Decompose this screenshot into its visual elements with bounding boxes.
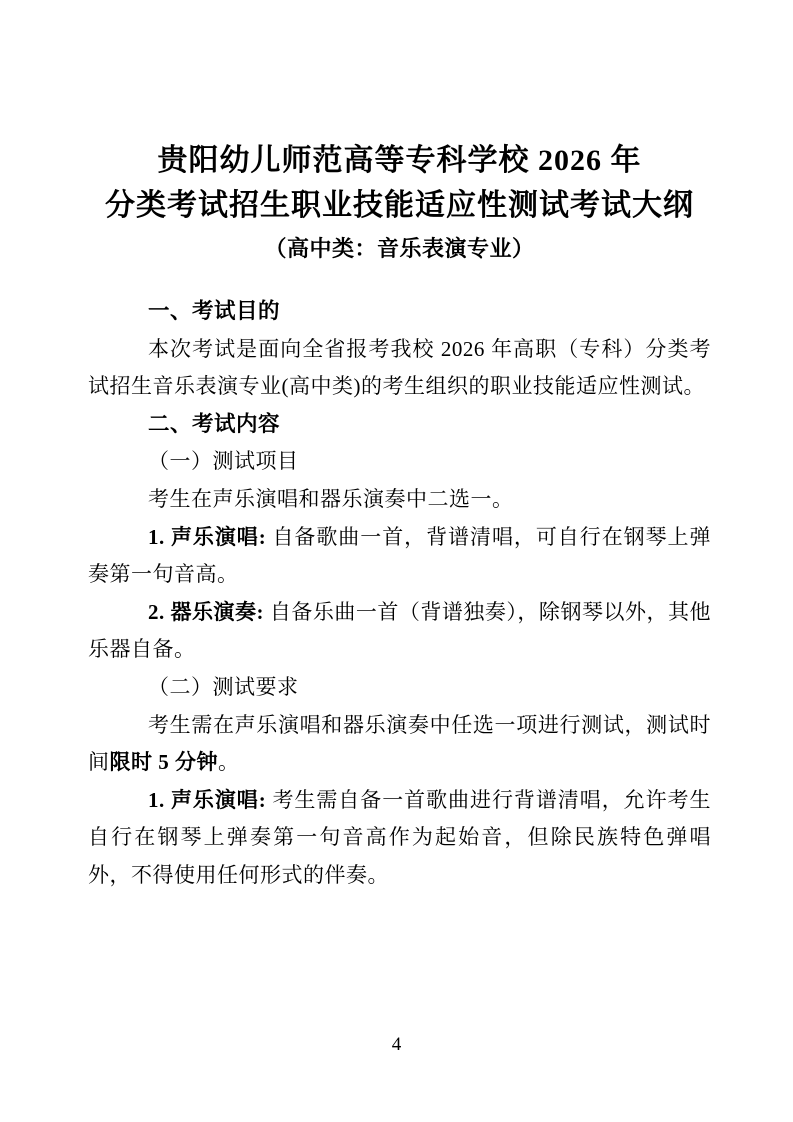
document-title-line2: 分类考试招生职业技能适应性测试考试大纲 [88, 183, 711, 228]
paragraph-time-limit: 考生需在声乐演唱和器乐演奏中任选一项进行测试，测试时间限时 5 分钟。 [88, 707, 711, 782]
vocal-item-label: 1. 声乐演唱: [148, 525, 272, 549]
document-page: 贵阳幼儿师范高等专科学校 2026 年 分类考试招生职业技能适应性测试考试大纲 … [0, 0, 793, 1122]
document-content: 贵阳幼儿师范高等专科学校 2026 年 分类考试招生职业技能适应性测试考试大纲 … [88, 138, 711, 895]
time-limit-bold: 限时 5 分钟 [110, 750, 219, 774]
vocal-requirement-label: 1. 声乐演唱: [148, 788, 272, 812]
document-title-line1: 贵阳幼儿师范高等专科学校 2026 年 [88, 138, 711, 183]
time-limit-text-after: 。 [218, 750, 240, 774]
paragraph-vocal-requirement: 1. 声乐演唱: 考生需自备一首歌曲进行背谱清唱，允许考生自行在钢琴上弹奏第一句… [88, 782, 711, 895]
paragraph-test-choice: 考生在声乐演唱和器乐演奏中二选一。 [88, 481, 711, 519]
paragraph-vocal-item: 1. 声乐演唱: 自备歌曲一首，背谱清唱，可自行在钢琴上弹奏第一句音高。 [88, 519, 711, 594]
document-title: 贵阳幼儿师范高等专科学校 2026 年 分类考试招生职业技能适应性测试考试大纲 [88, 138, 711, 228]
document-subtitle: （高中类：音乐表演专业） [88, 232, 711, 265]
paragraph-instrument-item: 2. 器乐演奏: 自备乐曲一首（背谱独奏），除钢琴以外，其他乐器自备。 [88, 594, 711, 669]
paragraph-exam-purpose: 本次考试是面向全省报考我校 2026 年高职（专科）分类考试招生音乐表演专业(高… [88, 331, 711, 406]
section-heading-exam-purpose: 一、考试目的 [88, 293, 711, 331]
page-number: 4 [0, 1033, 793, 1057]
subheading-test-requirements: （二）测试要求 [88, 669, 711, 707]
document-body: 一、考试目的 本次考试是面向全省报考我校 2026 年高职（专科）分类考试招生音… [88, 293, 711, 895]
instrument-item-label: 2. 器乐演奏: [148, 600, 270, 624]
section-heading-exam-content: 二、考试内容 [88, 406, 711, 444]
subheading-test-items: （一）测试项目 [88, 443, 711, 481]
